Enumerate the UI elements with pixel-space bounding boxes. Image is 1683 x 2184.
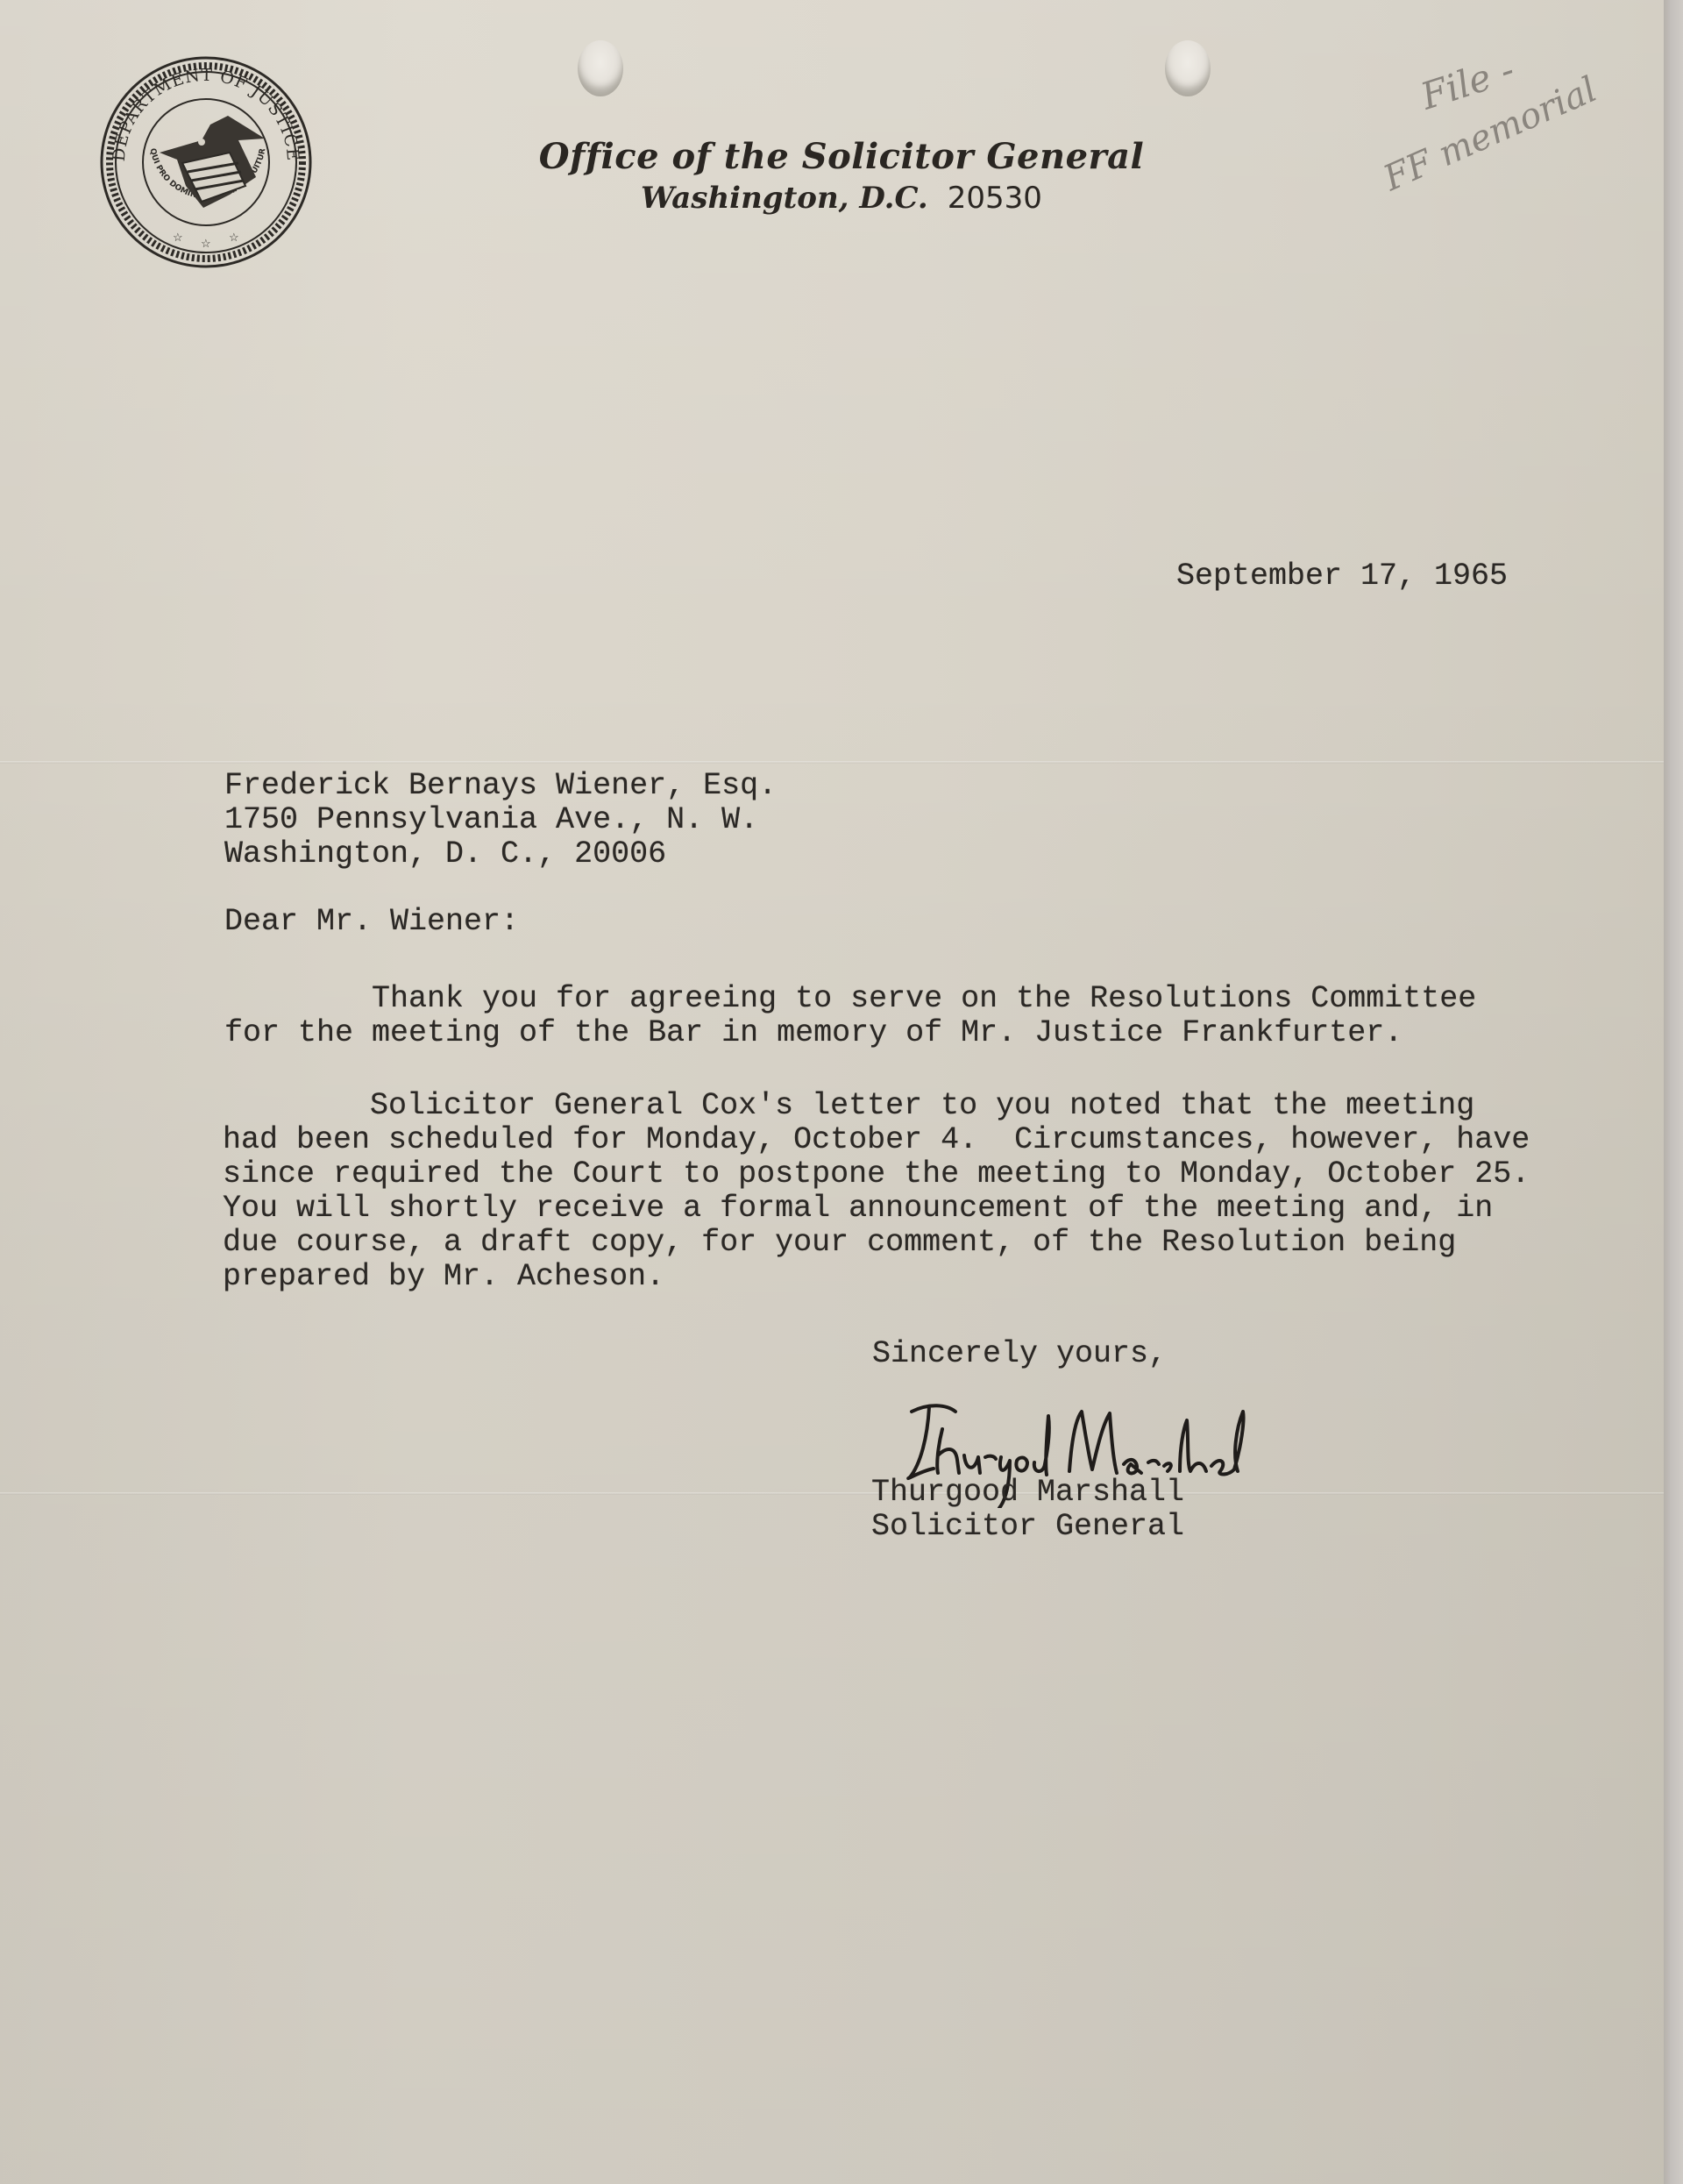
signer-block: Thurgood MarshallSolicitor General xyxy=(871,1476,1184,1544)
paragraph-2: Solicitor General Cox's letter to you no… xyxy=(223,1089,1530,1294)
signer-name: Thurgood Marshall xyxy=(871,1476,1184,1510)
punch-hole-left xyxy=(578,40,623,96)
paragraph-line: for the meeting of the Bar in memory of … xyxy=(224,1016,1476,1050)
paragraph-line: Thank you for agreeing to serve on the R… xyxy=(224,982,1476,1016)
paragraph-line: had been scheduled for Monday, October 4… xyxy=(223,1123,1530,1157)
svg-text:☆: ☆ xyxy=(173,231,183,244)
office-title: Office of the Solicitor General xyxy=(491,136,1192,177)
fold-crease-upper xyxy=(0,761,1664,764)
paragraph-line: due course, a draft copy, for your comme… xyxy=(223,1226,1530,1260)
recipient-address: Frederick Bernays Wiener, Esq.1750 Penns… xyxy=(224,769,777,871)
paper-edge-shadow xyxy=(1664,0,1683,2184)
handwritten-file-note: File - FF memorial xyxy=(1367,61,1613,219)
paragraph-line: prepared by Mr. Acheson. xyxy=(223,1260,1530,1294)
office-zip: 20530 xyxy=(948,181,1042,216)
paragraph-line: You will shortly receive a formal announ… xyxy=(223,1192,1530,1226)
paragraph-1: Thank you for agreeing to serve on the R… xyxy=(224,982,1476,1050)
office-address: Washington, D.C.20530 xyxy=(491,181,1192,216)
fold-crease-lower xyxy=(0,1492,1664,1495)
recipient-city: Washington, D. C., 20006 xyxy=(224,837,777,871)
office-city: Washington, D.C. xyxy=(641,181,928,216)
letter-date: September 17, 1965 xyxy=(1176,559,1508,594)
svg-text:☆: ☆ xyxy=(229,231,239,244)
paragraph-line: since required the Court to postpone the… xyxy=(223,1157,1530,1192)
recipient-street: 1750 Pennsylvania Ave., N. W. xyxy=(224,803,777,837)
paragraph-line: Solicitor General Cox's letter to you no… xyxy=(223,1089,1530,1123)
recipient-name: Frederick Bernays Wiener, Esq. xyxy=(224,769,777,803)
closing: Sincerely yours, xyxy=(872,1337,1167,1371)
salutation: Dear Mr. Wiener: xyxy=(224,905,519,939)
punch-hole-right xyxy=(1165,40,1211,96)
department-of-justice-seal-icon: DEPARTMENT OF JUSTICE QUI PRO DOMINA JUS… xyxy=(98,54,314,270)
signer-title: Solicitor General xyxy=(871,1510,1184,1544)
svg-text:☆: ☆ xyxy=(201,237,211,250)
letterhead: Office of the Solicitor General Washingt… xyxy=(491,136,1192,216)
